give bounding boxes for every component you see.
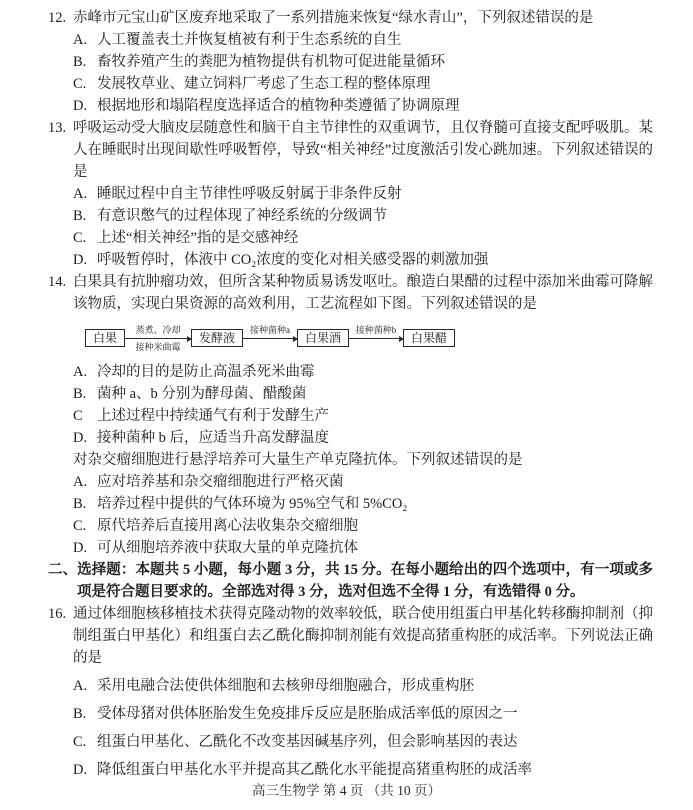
option-text: 睡眠过程中自主节律性呼吸反射属于非条件反射 [97, 183, 653, 205]
question-12: 12. 赤峰市元宝山矿区废弃地采取了一系列措施来恢复“绿水青山”，下列叙述错误的… [48, 7, 653, 117]
question-stem: 赤峰市元宝山矿区废弃地采取了一系列措施来恢复“绿水青山”，下列叙述错误的是 [73, 7, 653, 29]
option-row: D. 可从细胞培养液中获取大量的单克隆抗体 [73, 537, 653, 559]
option-row: B. 畜牧养殖产生的粪肥为植物提供有机物可促进能量循环 [73, 51, 653, 73]
option-text: 接种菌种 b 后，应适当升高发酵温度 [97, 427, 653, 449]
question-15: 对杂交瘤细胞进行悬浮培养可大量生产单克隆抗体。下列叙述错误的是 A. 应对培养基… [48, 449, 653, 559]
arrow-right-icon [243, 338, 297, 339]
option-text: 上述“相关神经”指的是交感神经 [97, 227, 653, 249]
flow-connector: 接种菌种a [243, 317, 297, 359]
arrow-right-icon [349, 338, 403, 339]
option-text: 有意识憋气的过程体现了神经系统的分级调节 [97, 205, 653, 227]
option-label: A. [73, 183, 97, 205]
question-13: 13. 呼吸运动受大脑皮层随意性和脑干自主节律性的双重调节，且仅脊髓可直接支配呼… [48, 117, 653, 271]
option-row: B. 培养过程中提供的气体环境为 95%空气和 5%CO₂ [73, 493, 653, 515]
question-16: 16. 通过体细胞核移植技术获得克隆动物的效率较低，联合使用组蛋白甲基化转移酶抑… [48, 603, 653, 781]
option-text: 培养过程中提供的气体环境为 95%空气和 5%CO₂ [97, 493, 653, 515]
option-label: D. [73, 759, 97, 781]
option-row: C. 上述“相关神经”指的是交感神经 [73, 227, 653, 249]
flow-label-top: 接种菌种a [243, 323, 297, 336]
question-14: 14. 白果具有抗肿瘤功效，但所含某种物质易诱发呕吐。酿造白果醋的过程中添加米曲… [48, 271, 653, 449]
option-label: B. [73, 51, 97, 73]
flow-label-top: 接种菌种b [349, 323, 403, 336]
question-number: 16. [48, 603, 73, 781]
option-text: 上述过程中持续通气有利于发酵生产 [97, 405, 653, 427]
option-label: C. [73, 227, 97, 249]
option-label: D. [73, 537, 97, 559]
flow-connector: 蒸煮、冷却 接种米曲霉 [125, 317, 191, 359]
page-footer: 高三生物学 第 4 页 （共 10 页） [0, 780, 693, 802]
option-text: 降低组蛋白甲基化水平并提高其乙酰化水平能提高猪重构胚的成活率 [97, 759, 653, 781]
option-row: C 上述过程中持续通气有利于发酵生产 [73, 405, 653, 427]
option-text: 畜牧养殖产生的粪肥为植物提供有机物可促进能量循环 [97, 51, 653, 73]
option-text: 可从细胞培养液中获取大量的单克隆抗体 [97, 537, 653, 559]
option-text: 组蛋白甲基化、乙酰化不改变基因碱基序列，但会影响基因的表达 [97, 731, 653, 753]
option-label: A. [73, 29, 97, 51]
flow-box: 白果 [85, 329, 125, 347]
option-text: 呼吸暂停时，体液中 CO₂浓度的变化对相关感受器的刺激加强 [97, 249, 653, 271]
option-text: 人工覆盖表土并恢复植被有利于生态系统的自生 [97, 29, 653, 51]
question-stem: 呼吸运动受大脑皮层随意性和脑干自主节律性的双重调节，且仅脊髓可直接支配呼吸肌。某… [73, 117, 653, 183]
option-label: C [73, 405, 97, 427]
option-label: A. [73, 675, 97, 697]
option-row: A. 冷却的目的是防止高温杀死米曲霉 [73, 361, 653, 383]
option-row: D. 呼吸暂停时，体液中 CO₂浓度的变化对相关感受器的刺激加强 [73, 249, 653, 271]
option-label: B. [73, 493, 97, 515]
exam-page: 12. 赤峰市元宝山矿区废弃地采取了一系列措施来恢复“绿水青山”，下列叙述错误的… [0, 0, 693, 810]
question-number: 12. [48, 7, 73, 117]
option-label: B. [73, 703, 97, 725]
option-text: 冷却的目的是防止高温杀死米曲霉 [97, 361, 653, 383]
option-row: B. 受体母猪对供体胚胎发生免疫排斥反应是胚胎成活率低的原因之一 [73, 703, 653, 725]
flow-box: 发酵液 [191, 329, 243, 347]
option-text: 发展牧草业、建立饲料厂考虑了生态工程的整体原理 [97, 73, 653, 95]
option-label: D. [73, 427, 97, 449]
option-label: A. [73, 361, 97, 383]
option-row: C. 组蛋白甲基化、乙酰化不改变基因碱基序列，但会影响基因的表达 [73, 731, 653, 753]
option-row: A. 人工覆盖表土并恢复植被有利于生态系统的自生 [73, 29, 653, 51]
option-row: C. 原代培养后直接用离心法收集杂交瘤细胞 [73, 515, 653, 537]
option-text: 应对培养基和杂交瘤细胞进行严格灭菌 [97, 471, 653, 493]
option-row: C. 发展牧草业、建立饲料厂考虑了生态工程的整体原理 [73, 73, 653, 95]
option-row: D. 接种菌种 b 后，应适当升高发酵温度 [73, 427, 653, 449]
option-row: A. 应对培养基和杂交瘤细胞进行严格灭菌 [73, 471, 653, 493]
process-flow-diagram: 白果 蒸煮、冷却 接种米曲霉 发酵液 接种菌种a 白果酒 接种菌种b 白果醋 [85, 317, 653, 359]
option-row: B. 有意识憋气的过程体现了神经系统的分级调节 [73, 205, 653, 227]
flow-box: 白果酒 [297, 329, 349, 347]
flow-label-top: 蒸煮、冷却 [125, 323, 191, 336]
question-number: 14. [48, 271, 73, 449]
option-label: C. [73, 73, 97, 95]
option-label: C. [73, 515, 97, 537]
option-text: 受体母猪对供体胚胎发生免疫排斥反应是胚胎成活率低的原因之一 [97, 703, 653, 725]
flow-connector: 接种菌种b [349, 317, 403, 359]
option-row: D. 降低组蛋白甲基化水平并提高其乙酰化水平能提高猪重构胚的成活率 [73, 759, 653, 781]
flow-label-bottom: 接种米曲霉 [125, 340, 191, 353]
option-label: C. [73, 731, 97, 753]
option-row: B. 菌种 a、b 分别为酵母菌、醋酸菌 [73, 383, 653, 405]
option-text: 原代培养后直接用离心法收集杂交瘤细胞 [97, 515, 653, 537]
question-number: 13. [48, 117, 73, 271]
option-row: D. 根据地形和塌陷程度选择适合的植物种类遵循了协调原理 [73, 95, 653, 117]
option-label: B. [73, 205, 97, 227]
option-text: 采用电融合法使供体细胞和去核卵母细胞融合，形成重构胚 [97, 675, 653, 697]
option-label: A. [73, 471, 97, 493]
option-row: A. 睡眠过程中自主节律性呼吸反射属于非条件反射 [73, 183, 653, 205]
section-2-header: 二、选择题：本题共 5 小题，每小题 3 分，共 15 分。在每小题给出的四个选… [48, 559, 653, 603]
option-row: A. 采用电融合法使供体细胞和去核卵母细胞融合，形成重构胚 [73, 675, 653, 697]
option-label: B. [73, 383, 97, 405]
question-stem: 通过体细胞核移植技术获得克隆动物的效率较低，联合使用组蛋白甲基化转移酶抑制剂（抑… [73, 603, 653, 669]
option-text: 菌种 a、b 分别为酵母菌、醋酸菌 [97, 383, 653, 405]
flow-box: 白果醋 [403, 329, 455, 347]
option-text: 根据地形和塌陷程度选择适合的植物种类遵循了协调原理 [97, 95, 653, 117]
question-stem: 对杂交瘤细胞进行悬浮培养可大量生产单克隆抗体。下列叙述错误的是 [73, 449, 653, 471]
question-number [48, 449, 73, 559]
question-stem: 白果具有抗肿瘤功效，但所含某种物质易诱发呕吐。酿造白果醋的过程中添加米曲霉可降解… [73, 271, 653, 315]
option-label: D. [73, 249, 97, 271]
option-label: D. [73, 95, 97, 117]
